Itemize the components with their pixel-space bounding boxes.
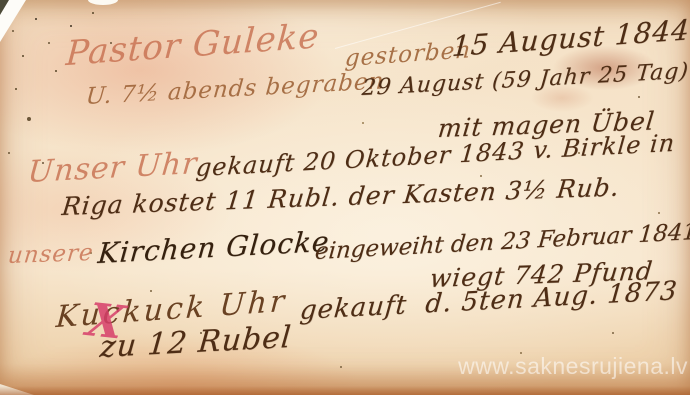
- top-edge-notch: [88, 0, 118, 5]
- clock-subject-text: Unser Uhr: [26, 146, 198, 190]
- watermark-text: www.saknesrujiena.lv: [458, 353, 688, 380]
- scanned-handwritten-note: Pastor Guleke gestorben 15 August 1844 U…: [0, 0, 690, 395]
- pastor-died-date-text: 15 August 1844: [451, 13, 690, 63]
- bell-subject-text: unsere: [7, 240, 95, 269]
- bottom-paper-edge: [0, 386, 690, 395]
- pastor-name-text: Pastor Guleke: [65, 16, 321, 74]
- bell-name-text: Kirchen Glocke: [97, 225, 331, 270]
- burial-time-text: U. 7½ abends begraben: [85, 68, 386, 110]
